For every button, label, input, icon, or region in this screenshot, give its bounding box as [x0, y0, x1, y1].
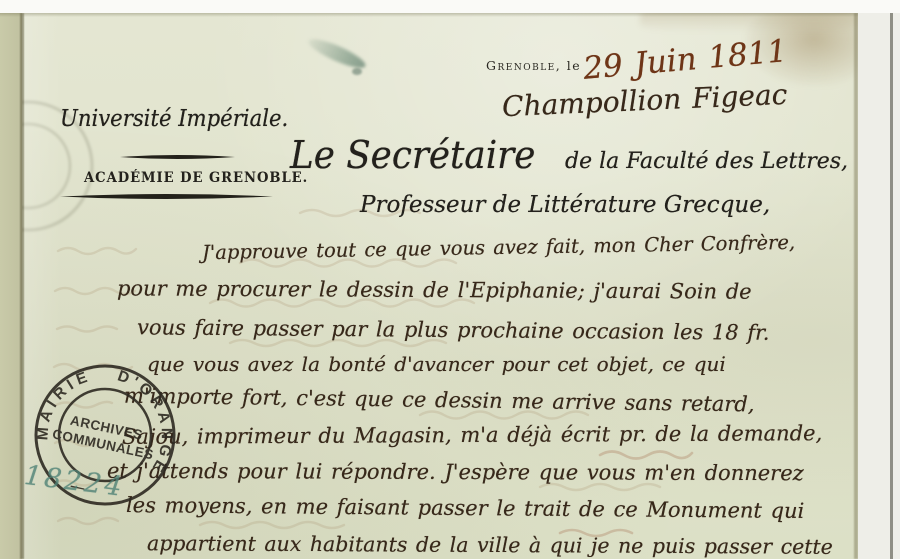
letterhead-secretary-line: Le Secrétaire de la Faculté des Lettres, [290, 133, 848, 177]
scanner-top-strip [0, 0, 900, 13]
dateline-le: le [567, 58, 581, 73]
paper-top-edge-shadow [0, 13, 858, 17]
letterhead-rule-top [120, 153, 235, 161]
left-page-edge-band [0, 13, 22, 559]
scanned-letter: Université Impériale. ACADÉMIE DE GRENOB… [0, 0, 900, 559]
secretary-script-word: Le Secrétaire [290, 133, 535, 177]
letterhead-professor-line: Professeur de Littérature Grecque, [360, 192, 770, 218]
letterhead-institution: Université Impériale. [60, 106, 288, 132]
letterhead-rule-bottom [60, 192, 273, 201]
body-line: appartient aux habitants de la ville à q… [147, 531, 833, 559]
left-fold-line [20, 13, 24, 559]
scanner-right-strip [858, 13, 900, 559]
scanner-right-line [890, 13, 893, 559]
body-line: et j'attends pour lui répondre. J'espère… [107, 459, 804, 485]
secretary-rest: de la Faculté des Lettres, [565, 149, 848, 174]
green-smudge-dot [352, 68, 362, 75]
body-line: que vous avez la bonté d'avancer pour ce… [147, 352, 726, 376]
letterhead-academy: ACADÉMIE DE GRENOBLE. [84, 170, 308, 186]
body-line: Sajou, imprimeur du Magasin, m'a déjà éc… [122, 421, 822, 449]
printed-dateline: Grenoble, le [486, 58, 581, 73]
body-line: pour me procurer le dessin de l'Epiphani… [117, 276, 752, 303]
dateline-place: Grenoble, [486, 58, 561, 73]
